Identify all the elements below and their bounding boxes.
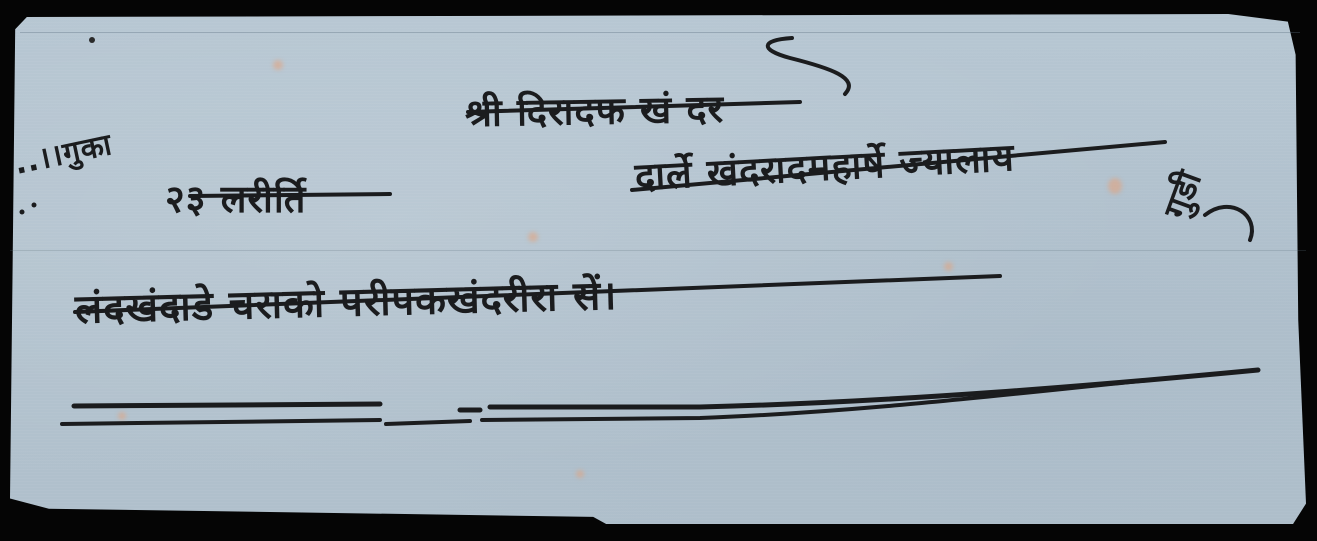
middle-fold-crease	[10, 250, 1306, 251]
foxing-stain	[118, 412, 126, 420]
handwriting-line-2-left: २३ लरीर्ति	[165, 180, 306, 218]
foxing-stain	[528, 232, 538, 242]
handwriting-line-1: श्री दिरादफ खं दर	[465, 90, 725, 133]
foxing-stain	[944, 262, 953, 271]
foxing-stain	[576, 470, 584, 478]
top-fold-crease	[20, 32, 1300, 33]
foxing-stain	[1108, 178, 1122, 194]
foxing-stain	[273, 60, 283, 70]
